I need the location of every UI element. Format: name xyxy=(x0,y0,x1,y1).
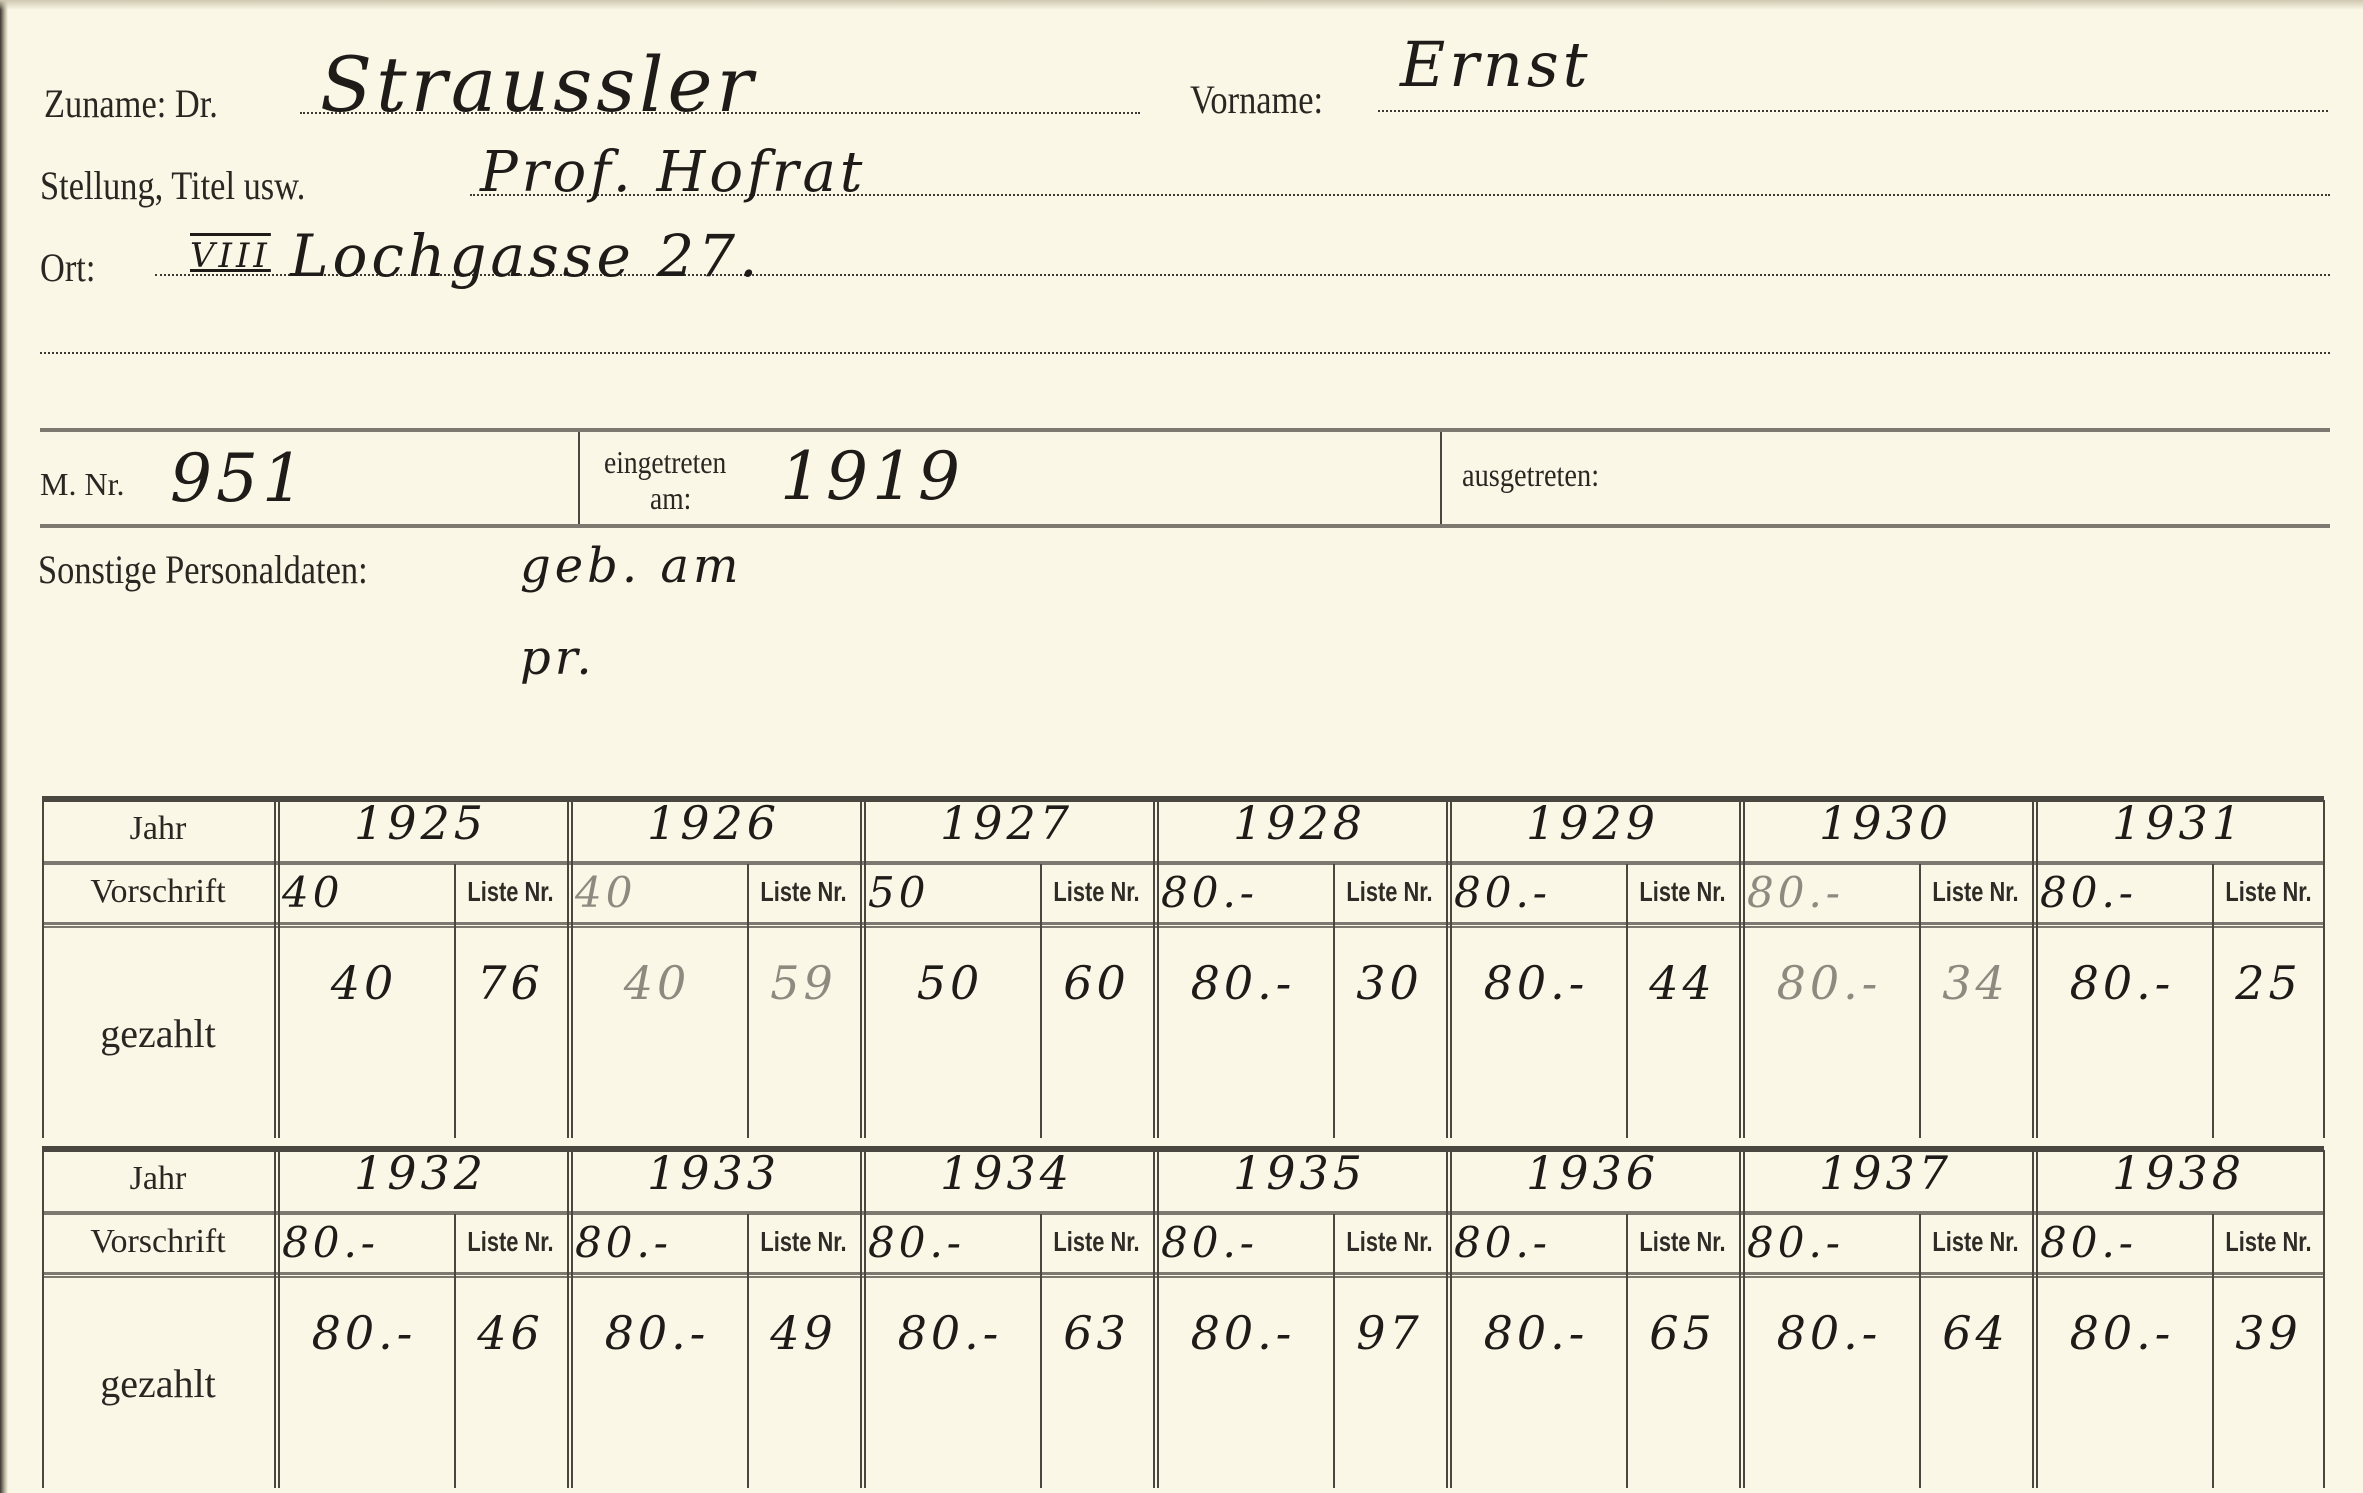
liste-nr-value: 39 xyxy=(2212,1288,2325,1378)
vorschrift-value: 80.- xyxy=(1454,1214,1614,1270)
liste-nr-value: 30 xyxy=(1333,938,1446,1028)
eingetreten-value: 1919 xyxy=(780,438,964,515)
year-divider xyxy=(2032,1150,2038,1488)
ort-value: Lochgasse 27. xyxy=(290,222,762,290)
year-value: 1925 xyxy=(282,794,559,852)
year-value: 1934 xyxy=(868,1144,1145,1202)
liste-nr-value: 49 xyxy=(747,1288,860,1378)
mnr-value: 951 xyxy=(170,440,308,517)
extra-line xyxy=(40,352,2330,354)
vorschrift-rule xyxy=(42,922,2324,925)
ort-label: Ort: xyxy=(40,244,95,291)
year-value: 1937 xyxy=(1747,1144,2024,1202)
vorschrift-rule-2 xyxy=(42,926,2324,928)
gezahlt-value: 50 xyxy=(870,938,1030,1028)
liste-nr-value: 64 xyxy=(1919,1288,2032,1378)
gezahlt-value: 80.- xyxy=(1163,938,1323,1028)
liste-nr-value: 44 xyxy=(1626,938,1739,1028)
liste-nr-value: 76 xyxy=(454,938,567,1028)
stellung-label: Stellung, Titel usw. xyxy=(40,162,305,209)
eingetreten-label: eingetreten xyxy=(604,444,726,481)
year-divider xyxy=(567,1150,573,1488)
gezahlt-value: 80.- xyxy=(870,1288,1030,1378)
liste-nr-label: Liste Nr. xyxy=(1052,864,1140,920)
year-divider xyxy=(1446,1150,1452,1488)
vorname-label: Vorname: xyxy=(1190,76,1323,123)
liste-nr-label: Liste Nr. xyxy=(1345,864,1433,920)
zuname-value: Straussler xyxy=(320,40,757,129)
liste-nr-label: Liste Nr. xyxy=(2224,864,2312,920)
liste-nr-label: Liste Nr. xyxy=(2224,1214,2312,1270)
liste-nr-label: Liste Nr. xyxy=(759,864,847,920)
liste-nr-value: 97 xyxy=(1333,1288,1446,1378)
vorschrift-value: 40 xyxy=(575,864,735,920)
vorschrift-value: 80.- xyxy=(868,1214,1028,1270)
vorschrift-value: 80.- xyxy=(1747,864,1907,920)
vorschrift-value: 80.- xyxy=(282,1214,442,1270)
year-value: 1927 xyxy=(868,794,1145,852)
vorschrift-rule-2 xyxy=(42,1276,2324,1278)
liste-nr-label: Liste Nr. xyxy=(466,864,554,920)
ausgetreten-label: ausgetreten: xyxy=(1462,458,1599,495)
gezahlt-value: 80.- xyxy=(2042,1288,2202,1378)
card-edge xyxy=(0,0,8,1493)
row-label-gezahlt: gezahlt xyxy=(42,1278,274,1488)
liste-nr-label: Liste Nr. xyxy=(1931,864,2019,920)
row-label-jahr: Jahr xyxy=(42,1150,274,1208)
mnr-divider xyxy=(578,432,580,527)
ort-district: VIII xyxy=(190,236,271,276)
year-divider xyxy=(2032,800,2038,1138)
year-value: 1936 xyxy=(1454,1144,1731,1202)
liste-nr-label: Liste Nr. xyxy=(1931,1214,2019,1270)
year-value: 1926 xyxy=(575,794,852,852)
vorschrift-value: 80.- xyxy=(575,1214,735,1270)
year-divider xyxy=(567,800,573,1138)
eingetreten-am-label: am: xyxy=(650,480,691,517)
vorschrift-value: 80.- xyxy=(1161,864,1321,920)
gezahlt-value: 80.- xyxy=(1456,938,1616,1028)
liste-nr-value: 34 xyxy=(1919,938,2032,1028)
year-divider xyxy=(1446,800,1452,1138)
year-divider xyxy=(1153,800,1159,1138)
stellung-value: Prof. Hofrat xyxy=(480,140,866,205)
gezahlt-value: 80.- xyxy=(284,1288,444,1378)
year-value: 1928 xyxy=(1161,794,1438,852)
vorschrift-value: 80.- xyxy=(2040,864,2200,920)
gezahlt-value: 80.- xyxy=(2042,938,2202,1028)
liste-nr-label: Liste Nr. xyxy=(1638,1214,1726,1270)
liste-nr-label: Liste Nr. xyxy=(1052,1214,1140,1270)
row-label-jahr: Jahr xyxy=(42,800,274,858)
payments-block: JahrVorschriftgezahlt192540Liste Nr.4076… xyxy=(42,800,2324,1144)
year-divider xyxy=(1739,800,1745,1138)
mnr-top-rule xyxy=(40,428,2330,432)
liste-nr-value: 60 xyxy=(1040,938,1153,1028)
liste-nr-label: Liste Nr. xyxy=(466,1214,554,1270)
sonstige-line1: geb. am xyxy=(520,538,743,594)
liste-nr-value: 59 xyxy=(747,938,860,1028)
year-value: 1935 xyxy=(1161,1144,1438,1202)
year-divider xyxy=(1153,1150,1159,1488)
liste-nr-value: 65 xyxy=(1626,1288,1739,1378)
row-label-vorschrift: Vorschrift xyxy=(42,864,274,920)
liste-nr-label: Liste Nr. xyxy=(1345,1214,1433,1270)
liste-nr-label: Liste Nr. xyxy=(759,1214,847,1270)
year-value: 1933 xyxy=(575,1144,852,1202)
year-divider xyxy=(1739,1150,1745,1488)
liste-nr-label: Liste Nr. xyxy=(1638,864,1726,920)
vorschrift-value: 40 xyxy=(282,864,442,920)
mnr-label: M. Nr. xyxy=(40,466,124,503)
eingetreten-divider xyxy=(1440,432,1442,527)
year-value: 1931 xyxy=(2040,794,2317,852)
vorname-value: Ernst xyxy=(1400,28,1592,101)
sonstige-label: Sonstige Personaldaten: xyxy=(38,546,368,593)
vorschrift-value: 50 xyxy=(868,864,1028,920)
mnr-bottom-rule xyxy=(40,524,2330,528)
gezahlt-value: 80.- xyxy=(1456,1288,1616,1378)
vorname-line xyxy=(1378,110,2328,112)
gezahlt-value: 80.- xyxy=(1749,938,1909,1028)
vorschrift-value: 80.- xyxy=(2040,1214,2200,1270)
vorschrift-value: 80.- xyxy=(1454,864,1614,920)
year-value: 1932 xyxy=(282,1144,559,1202)
liste-nr-value: 25 xyxy=(2212,938,2325,1028)
row-label-gezahlt: gezahlt xyxy=(42,928,274,1138)
year-divider xyxy=(860,800,866,1138)
year-value: 1938 xyxy=(2040,1144,2317,1202)
zuname-label: Zuname: Dr. xyxy=(44,80,218,127)
year-divider xyxy=(274,1150,280,1488)
gezahlt-value: 80.- xyxy=(1749,1288,1909,1378)
gezahlt-value: 80.- xyxy=(577,1288,737,1378)
year-value: 1930 xyxy=(1747,794,2024,852)
liste-nr-value: 46 xyxy=(454,1288,567,1378)
vorschrift-value: 80.- xyxy=(1161,1214,1321,1270)
year-value: 1929 xyxy=(1454,794,1731,852)
liste-nr-value: 63 xyxy=(1040,1288,1153,1378)
card-top-edge xyxy=(0,0,2363,10)
row-label-vorschrift: Vorschrift xyxy=(42,1214,274,1270)
payments-block: JahrVorschriftgezahlt193280.-Liste Nr.80… xyxy=(42,1150,2324,1493)
gezahlt-value: 80.- xyxy=(1163,1288,1323,1378)
gezahlt-value: 40 xyxy=(577,938,737,1028)
vorschrift-value: 80.- xyxy=(1747,1214,1907,1270)
year-divider xyxy=(860,1150,866,1488)
vorschrift-rule xyxy=(42,1272,2324,1275)
sonstige-line2: pr. xyxy=(520,630,596,686)
year-divider xyxy=(274,800,280,1138)
gezahlt-value: 40 xyxy=(284,938,444,1028)
